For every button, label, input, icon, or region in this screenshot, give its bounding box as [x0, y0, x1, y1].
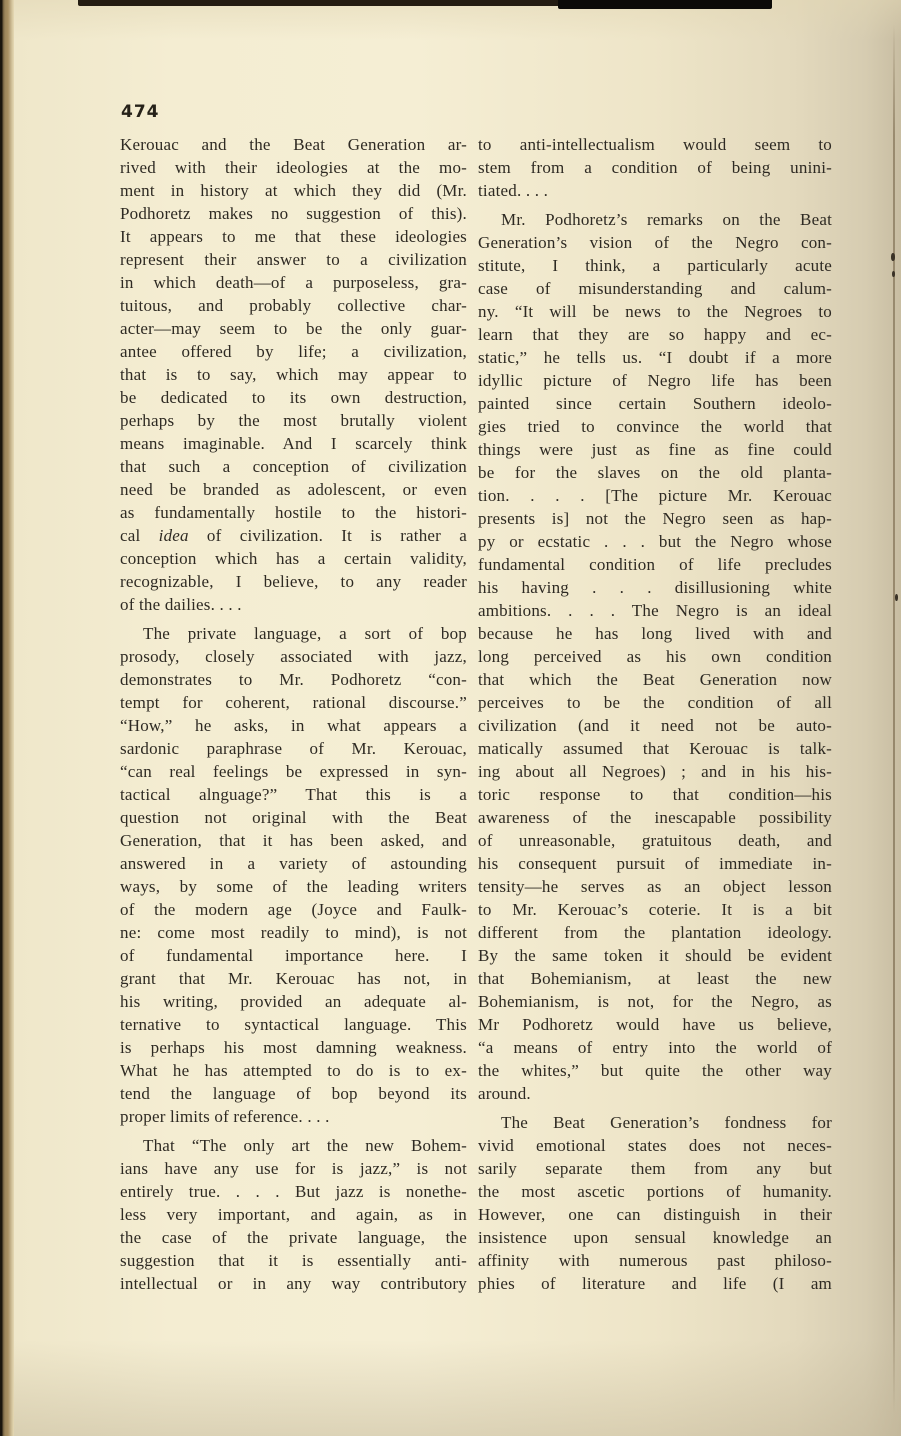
text-line: By the same token it should be evident: [478, 944, 832, 967]
text-line: It appears to me that these ideologies: [120, 225, 467, 248]
text-line: idyllic picture of Negro life has been: [478, 369, 832, 392]
text-line: The Beat Generation’s fondness for: [478, 1111, 832, 1134]
text-line: that which the Beat Generation now: [478, 668, 832, 691]
text-line: less very important, and again, as in: [120, 1203, 467, 1226]
text-line: his having . . . disillusioning white: [478, 576, 832, 599]
text-line: of fundamental importance here. I: [120, 944, 467, 967]
text-line: that is to say, which may appear to: [120, 363, 467, 386]
text-line: insistence upon sensual knowledge an: [478, 1226, 832, 1249]
text-line: be for the slaves on the old planta-: [478, 461, 832, 484]
paragraph: Kerouac and the Beat Generation ar-rived…: [120, 133, 467, 616]
text-line: phies of literature and life (I am: [478, 1272, 832, 1295]
text-line: represent their answer to a civilization: [120, 248, 467, 271]
text-line: tuitous, and probably collective char-: [120, 294, 467, 317]
text-line: proper limits of reference. . . .: [120, 1105, 467, 1128]
text-line: intellectual or in any way contributory: [120, 1272, 467, 1295]
text-line: in which death—of a purposeless, gra-: [120, 271, 467, 294]
text-line: be dedicated to its own destruction,: [120, 386, 467, 409]
text-line: ny. “It will be news to the Negroes to: [478, 300, 832, 323]
text-line: ways, by some of the leading writers: [120, 875, 467, 898]
text-line: vivid emotional states does not neces-: [478, 1134, 832, 1157]
text-line: rived with their ideologies at the mo-: [120, 156, 467, 179]
text-line: The private language, a sort of bop: [120, 622, 467, 645]
text-line: case of misunderstanding and calum-: [478, 277, 832, 300]
text-part: of civilization. It is rather a: [189, 526, 467, 545]
text-line: ians have any use for is jazz,” is not: [120, 1157, 467, 1180]
text-line: his consequent pursuit of immediate in-: [478, 852, 832, 875]
text-line: matically assumed that Kerouac is talk-: [478, 737, 832, 760]
text-line: suggestion that it is essentially anti-: [120, 1249, 467, 1272]
text-line: tiated. . . .: [478, 179, 832, 202]
text-line: demonstrates to Mr. Podhoretz “con-: [120, 668, 467, 691]
text-line: Generation, that it has been asked, and: [120, 829, 467, 852]
text-line: “a means of entry into the world of: [478, 1036, 832, 1059]
text-line: prosody, closely associated with jazz,: [120, 645, 467, 668]
text-line: Kerouac and the Beat Generation ar-: [120, 133, 467, 156]
text-line: as fundamentally hostile to the histori-: [120, 501, 467, 524]
text-line: presents is] not the Negro seen as hap-: [478, 507, 832, 530]
text-line: affinity with numerous past philoso-: [478, 1249, 832, 1272]
ink-speck: [891, 253, 895, 261]
text-line: Bohemianism, is not, for the Negro, as: [478, 990, 832, 1013]
text-line: ment in history at which they did (Mr.: [120, 179, 467, 202]
text-line: That “The only art the new Bohem-: [120, 1134, 467, 1157]
paragraph: Mr. Podhoretz’s remarks on the BeatGener…: [478, 208, 832, 1105]
page-number: 474: [121, 102, 160, 122]
ink-speck: [895, 594, 898, 601]
text-line: conception which has a certain validity,: [120, 547, 467, 570]
text-line: the whites,” but quite the other way: [478, 1059, 832, 1082]
text-line: Mr Podhoretz would have us believe,: [478, 1013, 832, 1036]
text-line: his writing, provided an adequate al-: [120, 990, 467, 1013]
text-line: “can real feelings be expressed in syn-: [120, 760, 467, 783]
text-line: answered in a variety of astounding: [120, 852, 467, 875]
text-line: tion. . . . [The picture Mr. Kerouac: [478, 484, 832, 507]
text-column-left: Kerouac and the Beat Generation ar-rived…: [120, 133, 467, 1295]
text-line: cal idea of civilization. It is rather a: [120, 524, 467, 547]
text-line: recognizable, I believe, to any reader: [120, 570, 467, 593]
text-line: learn that they are so happy and ec-: [478, 323, 832, 346]
text-line: of the modern age (Joyce and Faulk-: [120, 898, 467, 921]
text-line: civilization (and it need not be auto-: [478, 714, 832, 737]
text-line: awareness of the inescapable possibility: [478, 806, 832, 829]
book-spine-edge: [0, 0, 14, 1436]
text-line: “How,” he asks, in what appears a: [120, 714, 467, 737]
text-line: ternative to syntactical language. This: [120, 1013, 467, 1036]
ink-speck: [892, 271, 895, 277]
text-line: long perceived as his own condition: [478, 645, 832, 668]
page-top-edge-bar-dark: [558, 0, 772, 9]
text-line: perhaps by the most brutally violent: [120, 409, 467, 432]
text-line: is perhaps his most damning weakness.: [120, 1036, 467, 1059]
text-line: the most ascetic portions of humanity.: [478, 1180, 832, 1203]
text-line: the case of the private language, the: [120, 1226, 467, 1249]
text-line: around.: [478, 1082, 832, 1105]
text-line: to anti-intellectualism would seem to: [478, 133, 832, 156]
text-line: py or ecstatic . . . but the Negro whose: [478, 530, 832, 553]
text-line: Generation’s vision of the Negro con-: [478, 231, 832, 254]
paragraph: The Beat Generation’s fondness forvivid …: [478, 1111, 832, 1295]
text-line: of the dailies. . . .: [120, 593, 467, 616]
paragraph: The private language, a sort of bopproso…: [120, 622, 467, 1128]
text-line: perceives to be the condition of all: [478, 691, 832, 714]
text-line: that such a conception of civilization: [120, 455, 467, 478]
text-line: Mr. Podhoretz’s remarks on the Beat: [478, 208, 832, 231]
text-line: gies tried to convince the world that: [478, 415, 832, 438]
text-column-right: to anti-intellectualism would seem toste…: [478, 133, 832, 1295]
text-line: toric response to that condition—his: [478, 783, 832, 806]
text-line: things were just as fine as fine could: [478, 438, 832, 461]
text-line: ambitions. . . . The Negro is an ideal: [478, 599, 832, 622]
text-line: What he has attempted to do is to ex-: [120, 1059, 467, 1082]
text-line: stitute, I think, a particularly acute: [478, 254, 832, 277]
paragraph: That “The only art the new Bohem-ians ha…: [120, 1134, 467, 1295]
text-line: tend the language of bop beyond its: [120, 1082, 467, 1105]
text-line: tactical alnguage?” That this is a: [120, 783, 467, 806]
text-line: acter—may seem to be the only guar-: [120, 317, 467, 340]
text-line: stem from a condition of being unini-: [478, 156, 832, 179]
text-line: painted since certain Southern ideolo-: [478, 392, 832, 415]
text-line: sardonic paraphrase of Mr. Kerouac,: [120, 737, 467, 760]
text-line: fundamental condition of life precludes: [478, 553, 832, 576]
text-line: static,” he tells us. “I doubt if a more: [478, 346, 832, 369]
text-line: ne: come most readily to mind), is not: [120, 921, 467, 944]
text-line: tempt for coherent, rational discourse.”: [120, 691, 467, 714]
paragraph: to anti-intellectualism would seem toste…: [478, 133, 832, 202]
text-line: antee offered by life; a civilization,: [120, 340, 467, 363]
text-line: tensity—he serves as an object lesson: [478, 875, 832, 898]
text-line: ing about all Negroes) ; and in his his-: [478, 760, 832, 783]
text-line: need be branded as adolescent, or even: [120, 478, 467, 501]
italic-word: idea: [159, 526, 189, 545]
text-line: because he has long lived with and: [478, 622, 832, 645]
text-line: However, one can distinguish in their: [478, 1203, 832, 1226]
text-part: cal: [120, 526, 159, 545]
text-line: to Mr. Kerouac’s coterie. It is a bit: [478, 898, 832, 921]
text-line: entirely true. . . . But jazz is nonethe…: [120, 1180, 467, 1203]
text-line: that Bohemianism, at least the new: [478, 967, 832, 990]
page-edge-line: [893, 24, 895, 1414]
text-line: question not original with the Beat: [120, 806, 467, 829]
text-line: grant that Mr. Kerouac has not, in: [120, 967, 467, 990]
text-line: sarily separate them from any but: [478, 1157, 832, 1180]
text-line: Podhoretz makes no suggestion of this).: [120, 202, 467, 225]
text-line: means imaginable. And I scarcely think: [120, 432, 467, 455]
text-line: of unreasonable, gratuitous death, and: [478, 829, 832, 852]
text-line: different from the plantation ideology.: [478, 921, 832, 944]
